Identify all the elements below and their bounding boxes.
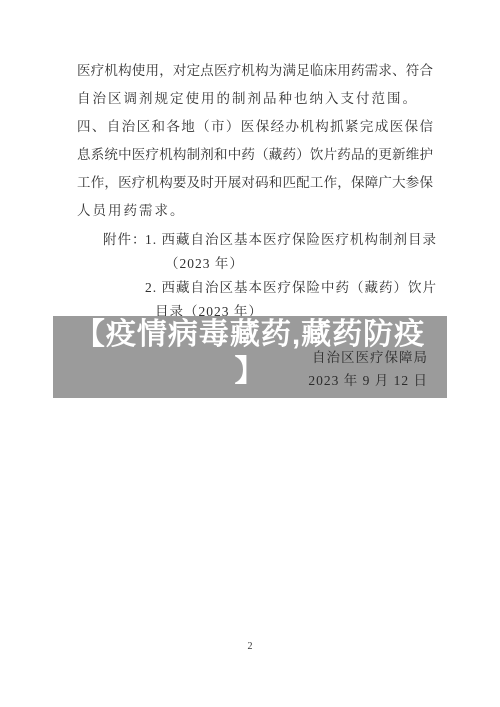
attachment-row: 附件：1. 西藏自治区基本医疗保险医疗机构制剂目录 xyxy=(77,228,457,252)
signature-block: 自治区医疗保障局 2023 年 9 月 12 日 xyxy=(308,346,428,392)
attachment-item-2: 2. 西藏自治区基本医疗保险中药（藏药）饮片 xyxy=(77,276,457,300)
paragraph-line: 工作，医疗机构要及时开展对码和匹配工作，保障广大参保 xyxy=(77,169,433,197)
paragraph-line: 自治区调剂规定使用的制剂品种也纳入支付范围。 xyxy=(77,85,433,113)
document-page: 医疗机构使用，对定点医疗机构为满足临床用药需求、符合 自治区调剂规定使用的制剂品… xyxy=(0,0,500,707)
signature-date: 2023 年 9 月 12 日 xyxy=(308,369,428,392)
attachment-label: 附件： xyxy=(103,228,145,252)
page-number: 2 xyxy=(0,641,500,652)
paragraph-line: 息系统中医疗机构制剂和中药（藏药）饮片药品的更新维护 xyxy=(77,141,433,169)
paragraph-line: 人员用药需求。 xyxy=(77,197,433,225)
body-text: 医疗机构使用，对定点医疗机构为满足临床用药需求、符合 自治区调剂规定使用的制剂品… xyxy=(77,57,433,225)
signature-issuer: 自治区医疗保障局 xyxy=(308,346,428,369)
attachment-item-1-continued: （2023 年） xyxy=(77,252,457,276)
attachment-item-1: 1. 西藏自治区基本医疗保险医疗机构制剂目录 xyxy=(145,232,437,247)
paragraph-line: 医疗机构使用，对定点医疗机构为满足临床用药需求、符合 xyxy=(77,57,433,85)
paragraph-line: 四、自治区和各地（市）医保经办机构抓紧完成医保信 xyxy=(77,113,433,141)
attachment-list: 附件：1. 西藏自治区基本医疗保险医疗机构制剂目录 （2023 年） 2. 西藏… xyxy=(77,228,457,324)
